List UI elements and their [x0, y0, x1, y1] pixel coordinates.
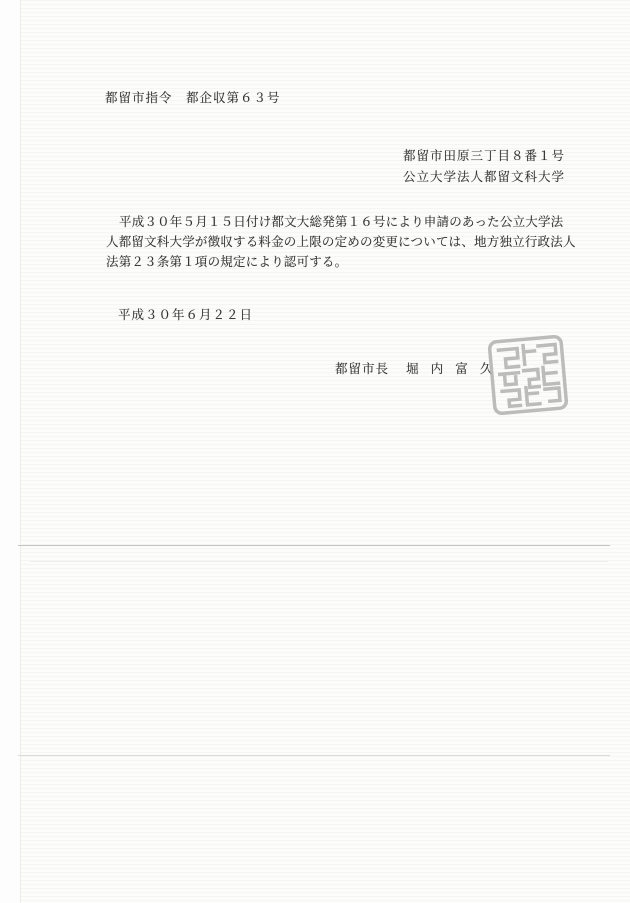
signature-line: 都留市長堀 内 富 久 — [335, 361, 495, 377]
scan-paper-texture — [20, 0, 630, 903]
signer-name: 堀 内 富 久 — [406, 362, 495, 376]
signer-title: 都留市長 — [335, 362, 389, 376]
seal-strokes — [489, 336, 567, 414]
scan-artifact-line-upper-faint — [30, 561, 608, 562]
approval-body-paragraph: 平成３０年５月１５日付け都文大総発第１６号により申請のあった公立大学法 人都留文… — [106, 212, 562, 272]
official-seal-stamp-icon — [484, 333, 572, 418]
addressee-name: 公立大学法人都留文科大学 — [403, 167, 565, 188]
scan-edge-line — [20, 0, 21, 903]
scan-artifact-line-upper — [18, 545, 610, 546]
addressee-block: 都留市田原三丁目８番１号 公立大学法人都留文科大学 — [403, 146, 565, 188]
scanned-document-page: 都留市指令 都企収第６３号 都留市田原三丁目８番１号 公立大学法人都留文科大学 … — [0, 0, 630, 903]
body-line-3: 法第２３条第１項の規定により認可する。 — [106, 252, 562, 272]
document-reference-number: 都留市指令 都企収第６３号 — [105, 90, 281, 106]
addressee-address: 都留市田原三丁目８番１号 — [403, 146, 565, 167]
body-line-1: 平成３０年５月１５日付け都文大総発第１６号により申請のあった公立大学法 — [106, 212, 562, 232]
scan-artifact-line-lower — [18, 755, 610, 756]
body-line-2: 人都留文科大学が徴収する料金の上限の定めの変更については、地方独立行政法人 — [106, 232, 562, 252]
scan-left-margin — [0, 0, 20, 903]
issue-date: 平成３０年６月２２日 — [118, 307, 253, 323]
